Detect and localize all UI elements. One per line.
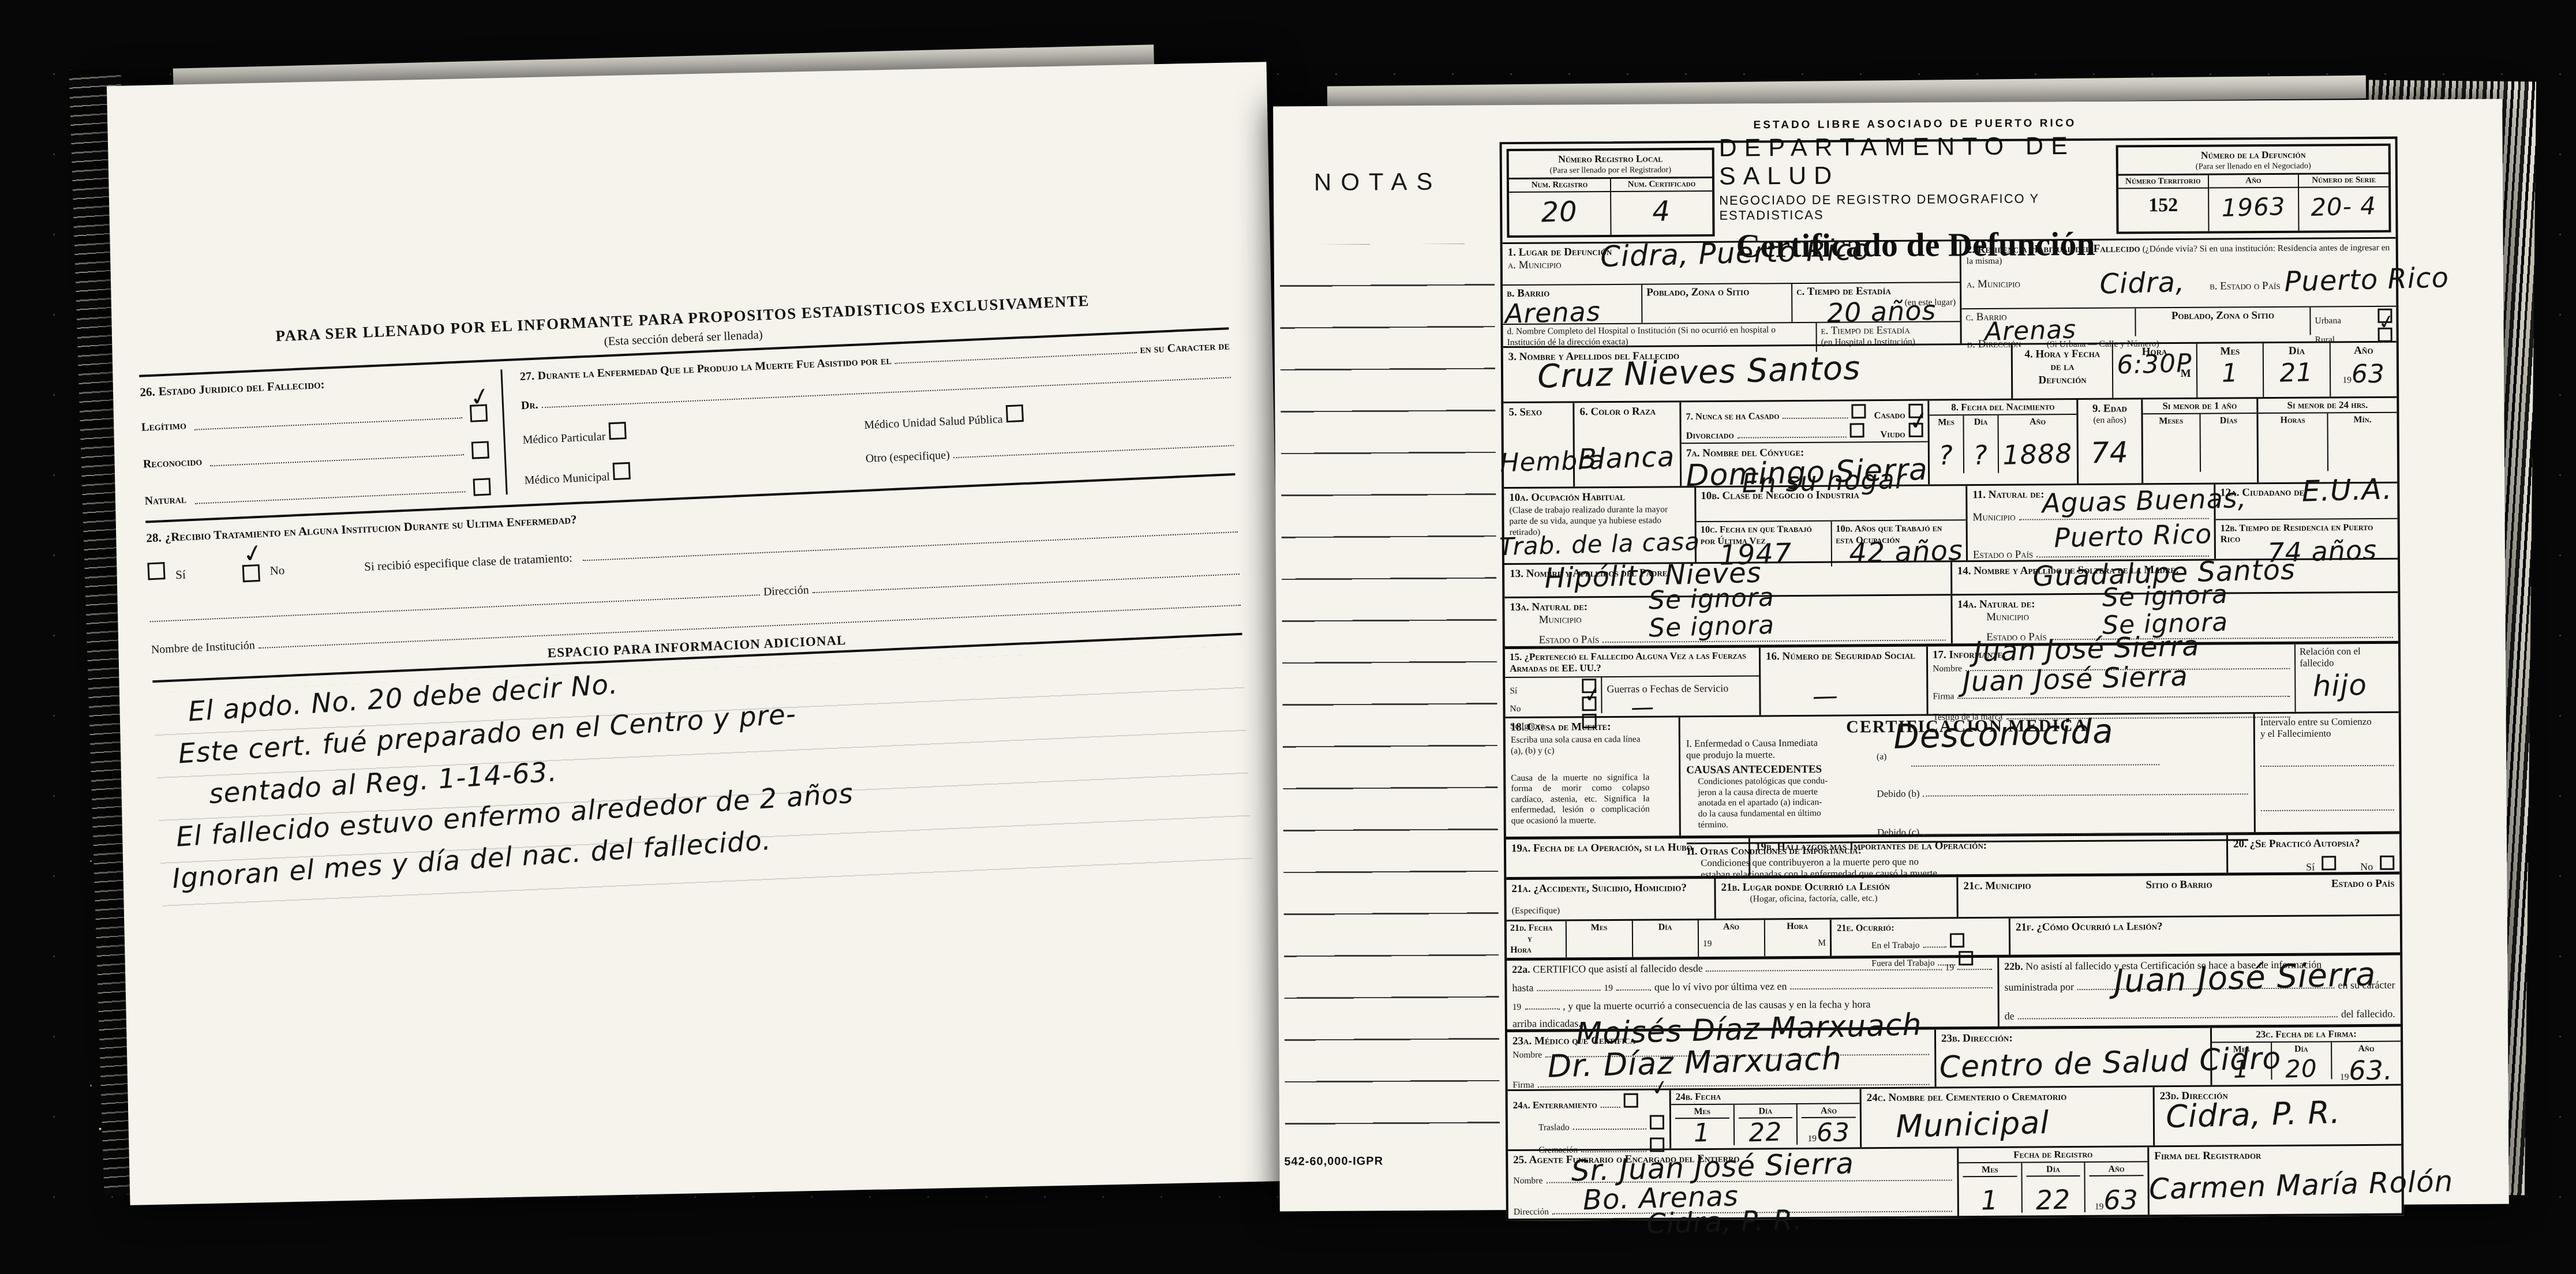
checkbox-si [147,562,165,580]
a-label: (a) [1877,752,1886,763]
section-25-agente: 25. Agente Funerario o Encargado del Ent… [1508,1148,1957,1219]
nombre-label: Nombre [1933,664,1962,675]
causas-note: término. [1698,819,1877,830]
intervalo-column: Intervalo entre su Comienzo y el Falleci… [2253,713,2399,833]
option-label: Natural [144,493,186,508]
municipio-label: Municipio [1972,511,2015,524]
dia-value: 22 [2025,1183,2080,1216]
dotted-leader [1790,979,1992,990]
dotted-leader [1738,429,1847,439]
printed-19: 19 [1512,1002,1522,1013]
section-20-autopsia: 20. ¿Se Practicó Autopsia? Sí No [2226,834,2399,873]
ano-header: Año [2336,1044,2397,1055]
dotted-leader [1923,938,1946,948]
dotted-leader [2260,756,2394,767]
intervalo-label: Intervalo entre su Comienzo [2260,716,2394,729]
mes-header: Mes [1933,417,1959,428]
cementerio-direccion-value: Cidra, P. R. [2165,1094,2341,1135]
label-line: Defunción [2016,374,2109,387]
item-number: 27. [519,370,534,384]
row-natural-de: 13a. Natural de: Municipio Se ignora Est… [1504,591,2398,646]
dotted-leader [1601,1098,1620,1108]
vivo-label: que lo ví vivo por última vez en [1654,980,1787,994]
enfermedad-label: I. Enfermedad o Causa Inmediata [1686,737,1818,749]
ano-header: Año [2002,417,2072,428]
dotted-leader [1573,1120,1646,1130]
relacion-label: Relación con el fallecido [2300,646,2361,669]
checkmark: ✓ [2376,311,2396,334]
mes-value: 1 [1675,1118,1729,1149]
row-21def: 21d. Fecha y Hora Mes Día Año 19 Hora M … [1507,915,2400,958]
section-21b: 21b. Lugar donde Ocurrió la Lesión (Hoga… [1714,877,1956,919]
checkbox [473,478,491,496]
section-19b: 19b. Hallazgos mas Importantes de la Ope… [1748,835,2226,875]
barrio-value: Arenas [1504,296,1601,329]
option-label: Otro (especifique) [865,448,950,466]
col-label: Num. Registro [1509,179,1610,193]
section-22b: 22b. No asistí al fallecido y esta Certi… [1997,955,2401,1026]
box-title: Número de la Defunción [2118,146,2388,163]
section-21d: 21d. Fecha y Hora Mes Día Año 19 Hora M [1507,920,1830,958]
municipio-value: Aguas Buenas, [2042,482,2247,519]
mes-header: Mes [2201,345,2259,358]
option-label: Reconocido [143,455,202,471]
row-lugar-residencia: 1. Lugar de Defunción a. Municipio Cidra… [1503,237,2397,346]
section-4-hora-fecha: 4. Hora y Fecha de la Defunción Hora 6:3… [2011,343,2397,399]
dr-label: Dr. [521,398,539,413]
seguro-social-value: — [1812,681,1839,711]
header-titles: ESTADO LIBRE ASOCIADO DE PUERTO RICO DEP… [1719,141,2112,241]
checkbox [608,422,626,440]
dotted-leader [194,483,466,504]
mes-value: ? [1933,439,1959,471]
handwritten-notes: El apdo. No. 20 debe decir No. Este cert… [153,646,1252,901]
section-13a: 13a. Natural de: Municipio Se ignora Est… [1504,595,1950,646]
checkmark: ✓ [1649,1077,1670,1100]
dotted-leader [812,565,1240,593]
hora-value: 6:30P [2117,349,2193,380]
item-label: Durante la Enfermedad Que le Produjo la … [537,354,892,383]
item-26-estado-juridico: 26. Estado Juridico del Fallecido: Legít… [140,369,506,510]
mes-header: Mes [1963,1165,2017,1177]
causas-note: do la causa fundamental en último [1698,808,1877,819]
menor-24-hrs: Si menor de 24 hrs. Horas Mín. [2256,398,2397,482]
de-label: de [2005,1010,2015,1023]
firma-label: Firma [1933,691,1954,702]
label-line: de la [2016,361,2109,374]
dia-value: 22 [1738,1117,1793,1148]
ano-value: 63 [2103,1184,2139,1215]
option-legitimo: Legítimo ✓ [141,404,488,436]
checkmark: ✓ [1582,683,1602,707]
mes-value: 1 [1962,1184,2017,1217]
ano-value: 1888 [2002,437,2073,470]
row-nombre-fecha: 3. Nombre y Apellidos del Fallecido Cruz… [1503,341,2397,402]
section-24d-direccion: 23d. Dirección Cidra, P. R. [2153,1086,2402,1146]
ano-header: Año [1802,1106,1856,1118]
firma-registrador-value: Carmen María Rolón [2148,1164,2454,1206]
option-label: Médico Unidad Salud Pública [864,413,1003,432]
departamento-salud-line: DEPARTAMENTO DE SALUD [1718,132,2111,190]
certificate-header: Número Registro Local (Para ser llenado … [1502,139,2396,242]
dotted-leader [2018,1008,2338,1020]
casado-label: Casado [1874,410,1905,421]
agente-direccion-value2: Cidra, P. R. [1646,1204,1803,1240]
estado-value: Puerto Rico [2053,518,2212,553]
dotted-leader [582,523,1238,561]
dotted-leader [1525,1000,1559,1010]
guerras-label: Guerras o Fechas de Servicio [1607,683,1728,695]
intervalo-label2: y el Fallecimiento [2260,728,2394,740]
municipio-label: a. Municipio [1508,259,1562,272]
ano-value: 63. [2349,1055,2392,1086]
suministrada-label: suministrada por [2004,981,2074,994]
checkbox [471,441,489,459]
meses-header: Meses [2159,416,2183,426]
section-10b-10d: 10b. Clase de Negocio o Industria En su … [1694,486,1966,562]
serie-number: 20- 4 [2298,191,2388,222]
dotted-leader [1923,824,2248,835]
row-fuerzas-informante: 15. ¿Perteneció el Fallecido Alguna Vez … [1505,641,2399,717]
anos-trabajo-value: 42 años [1848,534,1963,569]
notas-ruled-lines [1280,243,1500,1136]
ano-value: 63 [1817,1118,1850,1147]
section-24c-cementerio: 24c. Nombre del Cementerio o Crematorio … [1860,1087,2154,1147]
option-label: Médico Municipal [524,470,610,488]
trabajo-label: En el Trabajo [1871,940,1920,951]
fallecido-label: del fallecido. [2341,1008,2395,1021]
menor-24-header: Si menor de 24 hrs. [2258,398,2397,414]
negocio-value: En su hogar [1742,463,1907,499]
printed-19: 19 [1703,938,1760,949]
specify-label: Si recibió especifique clase de tratamie… [364,550,573,574]
checkbox-nunca [1851,404,1866,418]
section-24a: 24a. Enterramiento ✓ Traslado Cremación [1508,1090,1670,1149]
row-ocupacion: 10a. Ocupación Habitual (Clase de trabaj… [1504,482,2398,563]
estado-label: b. Estado o País [2210,280,2281,293]
dotted-leader [1783,409,1848,419]
certificado-number: 4 [1611,194,1712,229]
negociado-line: NEGOCIADO DE REGISTRO DEMOGRAFICO Y ESTA… [1719,190,2111,223]
hora-header: Hora [1769,921,1826,932]
dia-header: Día [2026,1164,2080,1176]
firma-label: Firma [1512,1080,1534,1091]
suministrada-firma: Juan José Sierra [2114,955,2376,1000]
section-19a: 19a. Fecha de la Operación, si la Hubo [1506,838,1748,878]
registro-number: 20 [1508,194,1610,230]
divorciado-label: Divorciado [1686,430,1734,441]
row-operacion-autopsia: 19a. Fecha de la Operación, si la Hubo 1… [1506,831,2399,877]
causa-inmediata-value: Desconocida [1893,711,2114,756]
cementerio-value: Municipal [1895,1104,2050,1145]
dotted-leader [953,437,1234,459]
option-medico-particular: Médico Particular [522,413,830,447]
item-label: Estado Juridico del Fallecido: [158,377,325,399]
option-medico-unidad: Médico Unidad Salud Pública [863,395,1233,432]
dia-header: Día [2268,344,2326,358]
dotted-leader [1911,756,2159,767]
checkmark: ✓ [240,539,265,568]
estado-pais-label: Estado o País [2251,878,2394,913]
estado-label: Estado o País [1973,548,2033,561]
dotted-leader [2261,801,2394,811]
checkbox-no [2380,856,2394,870]
tiempo-value: 20 años [1826,295,1937,329]
label-hora: Hora [1510,945,1562,955]
fecha-registro-header: Fecha de Registro [1959,1147,2147,1163]
col-label: Año [2209,175,2298,188]
item-number: 28. [146,530,162,545]
menor-1-ano: Si menor de 1 año Meses Días [2141,399,2257,483]
col-label: Num. Certificado [1611,178,1712,192]
debido-b-label: Debido (b) [1877,788,1919,800]
section-23b-direccion: 23b. Dirección: Centro de Salud Cidro [1934,1028,2211,1087]
enfermedad-label2: que produjo la muerte. [1686,750,1775,761]
causa-note1: Escriba una sola causa en cada línea (a)… [1511,735,1643,757]
dotted-leader [1616,981,1651,991]
option-medico-municipal: Médico Municipal [524,454,832,488]
nombre-fallecido-value: Cruz Nieves Santos [1537,350,1861,396]
dias-header: Días [2220,415,2237,425]
hasta-label: hasta [1512,982,1533,995]
printed-m: M [1769,938,1826,949]
row-25-agente: 25. Agente Funerario o Encargado del Ent… [1508,1144,2402,1219]
row-causa-muerte: 18. Causa de Muerte: Escriba una sola ca… [1506,711,2399,837]
dotted-leader [1957,961,1992,971]
section-10a-ocupacion: 10a. Ocupación Habitual (Clase de trabaj… [1504,488,1695,563]
printed-19: 19 [1945,963,1955,974]
causas-note: Condiciones patológicas que condu- [1698,775,1877,787]
row-21abc: 21a. ¿Accidente, Suicidio, Homicidio? (E… [1506,872,2399,920]
territorio-number: 152 [2118,194,2208,216]
section-15-fuerzas-armadas: 15. ¿Perteneció el Fallecido Alguna Vez … [1505,647,1759,717]
municipio-value: Cidra, [2099,266,2185,301]
scanned-registry-book: PARA SER LLENADO POR EL INFORMANTE PARA … [0,0,2576,1274]
viudo-label: Viudo [1880,429,1905,440]
municipio-label: a. Municipio [1967,278,2020,291]
relacion-value: hijo [2312,668,2368,703]
sitio-label: Sitio o Barrio [2107,878,2251,913]
fecha-registro: Fecha de Registro Mes 1 Día 22 Año 1963 [1957,1147,2148,1216]
checkbox [613,462,631,480]
printed-19: 19 [2340,1072,2349,1082]
barrio-value: Arenas [1984,315,2076,347]
ano-value: 63 [2352,359,2385,389]
especifique-label: (Especifique) [1512,905,1709,917]
estado-value: Se ignora [1648,610,1774,643]
lugar-sub: (Hogar, oficina, factoría, calle, etc.) [1750,893,1952,905]
dotted-leader [210,446,464,467]
mes-value: 1 [2201,358,2259,389]
box-subtitle: (Para ser llenado en el Negociado) [2118,161,2388,176]
printed-19: 19 [1604,983,1613,994]
mes-header: Mes [1675,1107,1729,1119]
section-6-color: 6. Color o Raza Blanca [1572,402,1680,486]
printed-19: 19 [2342,376,2352,385]
poblado-label: Poblado, Zona o Sitio [2171,309,2274,322]
si-label: Sí [2306,861,2315,874]
guerras-value: — [1630,694,1654,721]
menor-1-header: Si menor de 1 año [2143,399,2256,414]
certificate-form: Número Registro Local (Para ser llenado … [1500,137,2404,1221]
si-label: Sí [175,567,186,582]
causa-note2: Causa de la muerte no significa la forma… [1511,772,1650,826]
section-24b-fecha: 24b. Fecha Mes 1 Día 22 Año 1963 [1669,1089,1860,1148]
estado-libre-line: ESTADO LIBRE ASOCIADO DE PUERTO RICO [1754,117,2077,132]
si-label: Sí [1510,686,1517,697]
urbana-label: Urbana [2315,316,2341,327]
box-title: Número Registro Local [1509,150,1712,166]
checkbox-enterramiento [1624,1093,1638,1108]
box-subtitle: (Para ser llenado por el Registrador) [1509,165,1712,179]
nombre-label: Nombre [1512,1050,1542,1061]
dia-value: 21 [2267,358,2326,389]
statistical-section: PARA SER LLENADO POR EL INFORMANTE PARA … [137,286,1252,900]
section-3-nombre: 3. Nombre y Apellidos del Fallecido Cruz… [1503,345,2012,402]
row-24-enterramiento: 24a. Enterramiento ✓ Traslado Cremación … [1508,1084,2402,1149]
checkbox [1006,404,1024,422]
dia-header: Día [1738,1106,1792,1118]
causas-note: jeron a la causa directa de muerte [1698,786,1877,798]
dia-value: ? [1968,439,1994,471]
section-18-causa: 18. Causa de Muerte: Escriba una sola ca… [1506,717,1679,837]
section-17-informante: 17. Informante: Nombre Juan José Sierra … [1926,644,2399,714]
estado-value: Puerto Rico [2284,261,2450,298]
min-header: Mín. [2353,415,2371,425]
checkbox-cremacion [1650,1137,1664,1152]
dotted-leader [894,342,1137,364]
option-label: Legítimo [141,419,187,434]
section-11-natural-de: 11. Natural de: Municipio Aguas Buenas, … [1965,485,2214,561]
dotted-leader [194,409,462,430]
checkmark: ✓ [1907,407,1931,435]
municipio-value: Cidra, Puerto Rico [1600,233,1870,273]
defuncion-number-box: Número de la Defunción (Para ser llenado… [2116,144,2391,234]
year-value: 1963 [2208,192,2298,222]
direccion-label: Dirección [763,583,809,598]
item-27-asistido-por: 27. Durante la Enfermedad Que le Produjo… [502,338,1234,494]
no-label: No [269,563,285,578]
form-stock-number: 542-60,000-IGPR [1284,1155,1383,1168]
no-label: No [2360,861,2373,874]
row-23-medico: 23a. Médico que Certifica Nombre Moisés … [1507,1024,2401,1089]
printed-19: 19 [2095,1202,2104,1212]
col-label: Número de Serie [2299,174,2388,188]
checkbox-si [2322,856,2336,871]
dotted-leader [1706,961,1942,972]
checkbox-traslado [1650,1115,1664,1129]
ano-header: Año [2090,1164,2144,1176]
section-23a-medico: 23a. Médico que Certifica Nombre Moisés … [1507,1030,1935,1090]
left-page: PARA SER LLENADO POR EL INFORMANTE PARA … [107,62,1290,1205]
section-8-nacimiento: 8. Fecha del Nacimiento Mes ? Día ? Año … [1927,400,2077,485]
color-value: Blanca [1578,441,1675,476]
section-16-seguridad-social: 16. Número de Seguridad Social — [1759,647,1927,715]
ano-header: Año [2335,344,2392,358]
option-otro: Otro (especifique) [865,436,1234,466]
section-1-lugar-defuncion: 1. Lugar de Defunción a. Municipio Cidra… [1503,241,1960,346]
firma-registrador: Firma del Registrador Carmen María Rolón [2147,1146,2402,1215]
local-registry-box: Número Registro Local (Para ser llenado … [1507,148,1715,238]
section-9-edad: 9. Edad (en años) 74 [2076,399,2141,484]
item-label-suffix: en su Caracter de [1140,339,1230,357]
checkbox-trabajo [1949,933,1964,947]
informante-firma-value: Juan José Sierra [1962,660,2189,699]
ano-header: Año [1703,921,1760,932]
dia-header: Día [1637,922,1694,933]
section-21c: 21c. Municipio Sitio o Barrio Estado o P… [1956,875,2399,917]
section-21f: 21f. ¿Cómo Ocurrió la Lesión? [2009,916,2400,955]
dotted-leader [1923,785,2248,796]
no-label: No [1510,704,1521,715]
col-label: Número Territorio [2118,175,2208,189]
nombre-label: Nombre [1513,1176,1542,1187]
certificacion-medica: CERTIFICACION MEDICA I. Enfermedad o Cau… [1679,714,2254,835]
institucion-label: Nombre de Institución [151,638,255,657]
section-5-sexo: 5. Sexo Hembra [1503,403,1573,487]
causas-note: anotada en el apartado (a) indican- [1698,797,1877,809]
option-reconocido: Reconocido [143,441,489,473]
row-sexo-edad: 5. Sexo Hembra 6. Color o Raza Blanca 7.… [1503,396,2397,487]
section-21e: 21e. Ocurrió: En el Trabajo Fuera del Tr… [1830,919,2009,956]
direccion-label: Dirección [1514,1206,1549,1217]
edad-sub: (en años) [2083,415,2136,426]
notas-title: NOTAS [1314,168,1442,196]
traslado-label: Traslado [1538,1122,1570,1133]
dotted-leader [1537,981,1600,991]
option-label: Médico Particular [522,430,606,447]
horas-header: Horas [2280,415,2305,425]
estado-label: Estado o País [1539,634,1599,647]
checkbox-divorciado [1849,424,1864,438]
dotted-leader [149,586,760,623]
item-number: 26. [140,385,155,400]
section-2-residencia: 2. Residencia Habitual del Fallecido (¿D… [1960,239,2397,344]
firma-registrador-label: Firma del Registrador [2154,1149,2261,1162]
right-page: NOTAS 542-60,000-IGPR Número Registro Lo… [1273,99,2509,1212]
dia-value: 20 [2275,1054,2327,1083]
poblado-label: Poblado, Zona o Sitio [1646,286,1749,298]
mes-header: Mes [1571,923,1628,934]
label-y: y [1527,934,1562,945]
ocupacion-value: Trab. de la casa [1499,527,1701,561]
edad-value: 74 [2083,436,2136,470]
section-21a: 21a. ¿Accidente, Suicidio, Homicidio? (E… [1506,879,1714,920]
printed-19: 19 [1807,1134,1817,1144]
dia-header: Día [1968,417,1993,428]
ciudadano-value: E.U.A. [2301,472,2393,508]
option-natural: Natural [144,478,491,510]
